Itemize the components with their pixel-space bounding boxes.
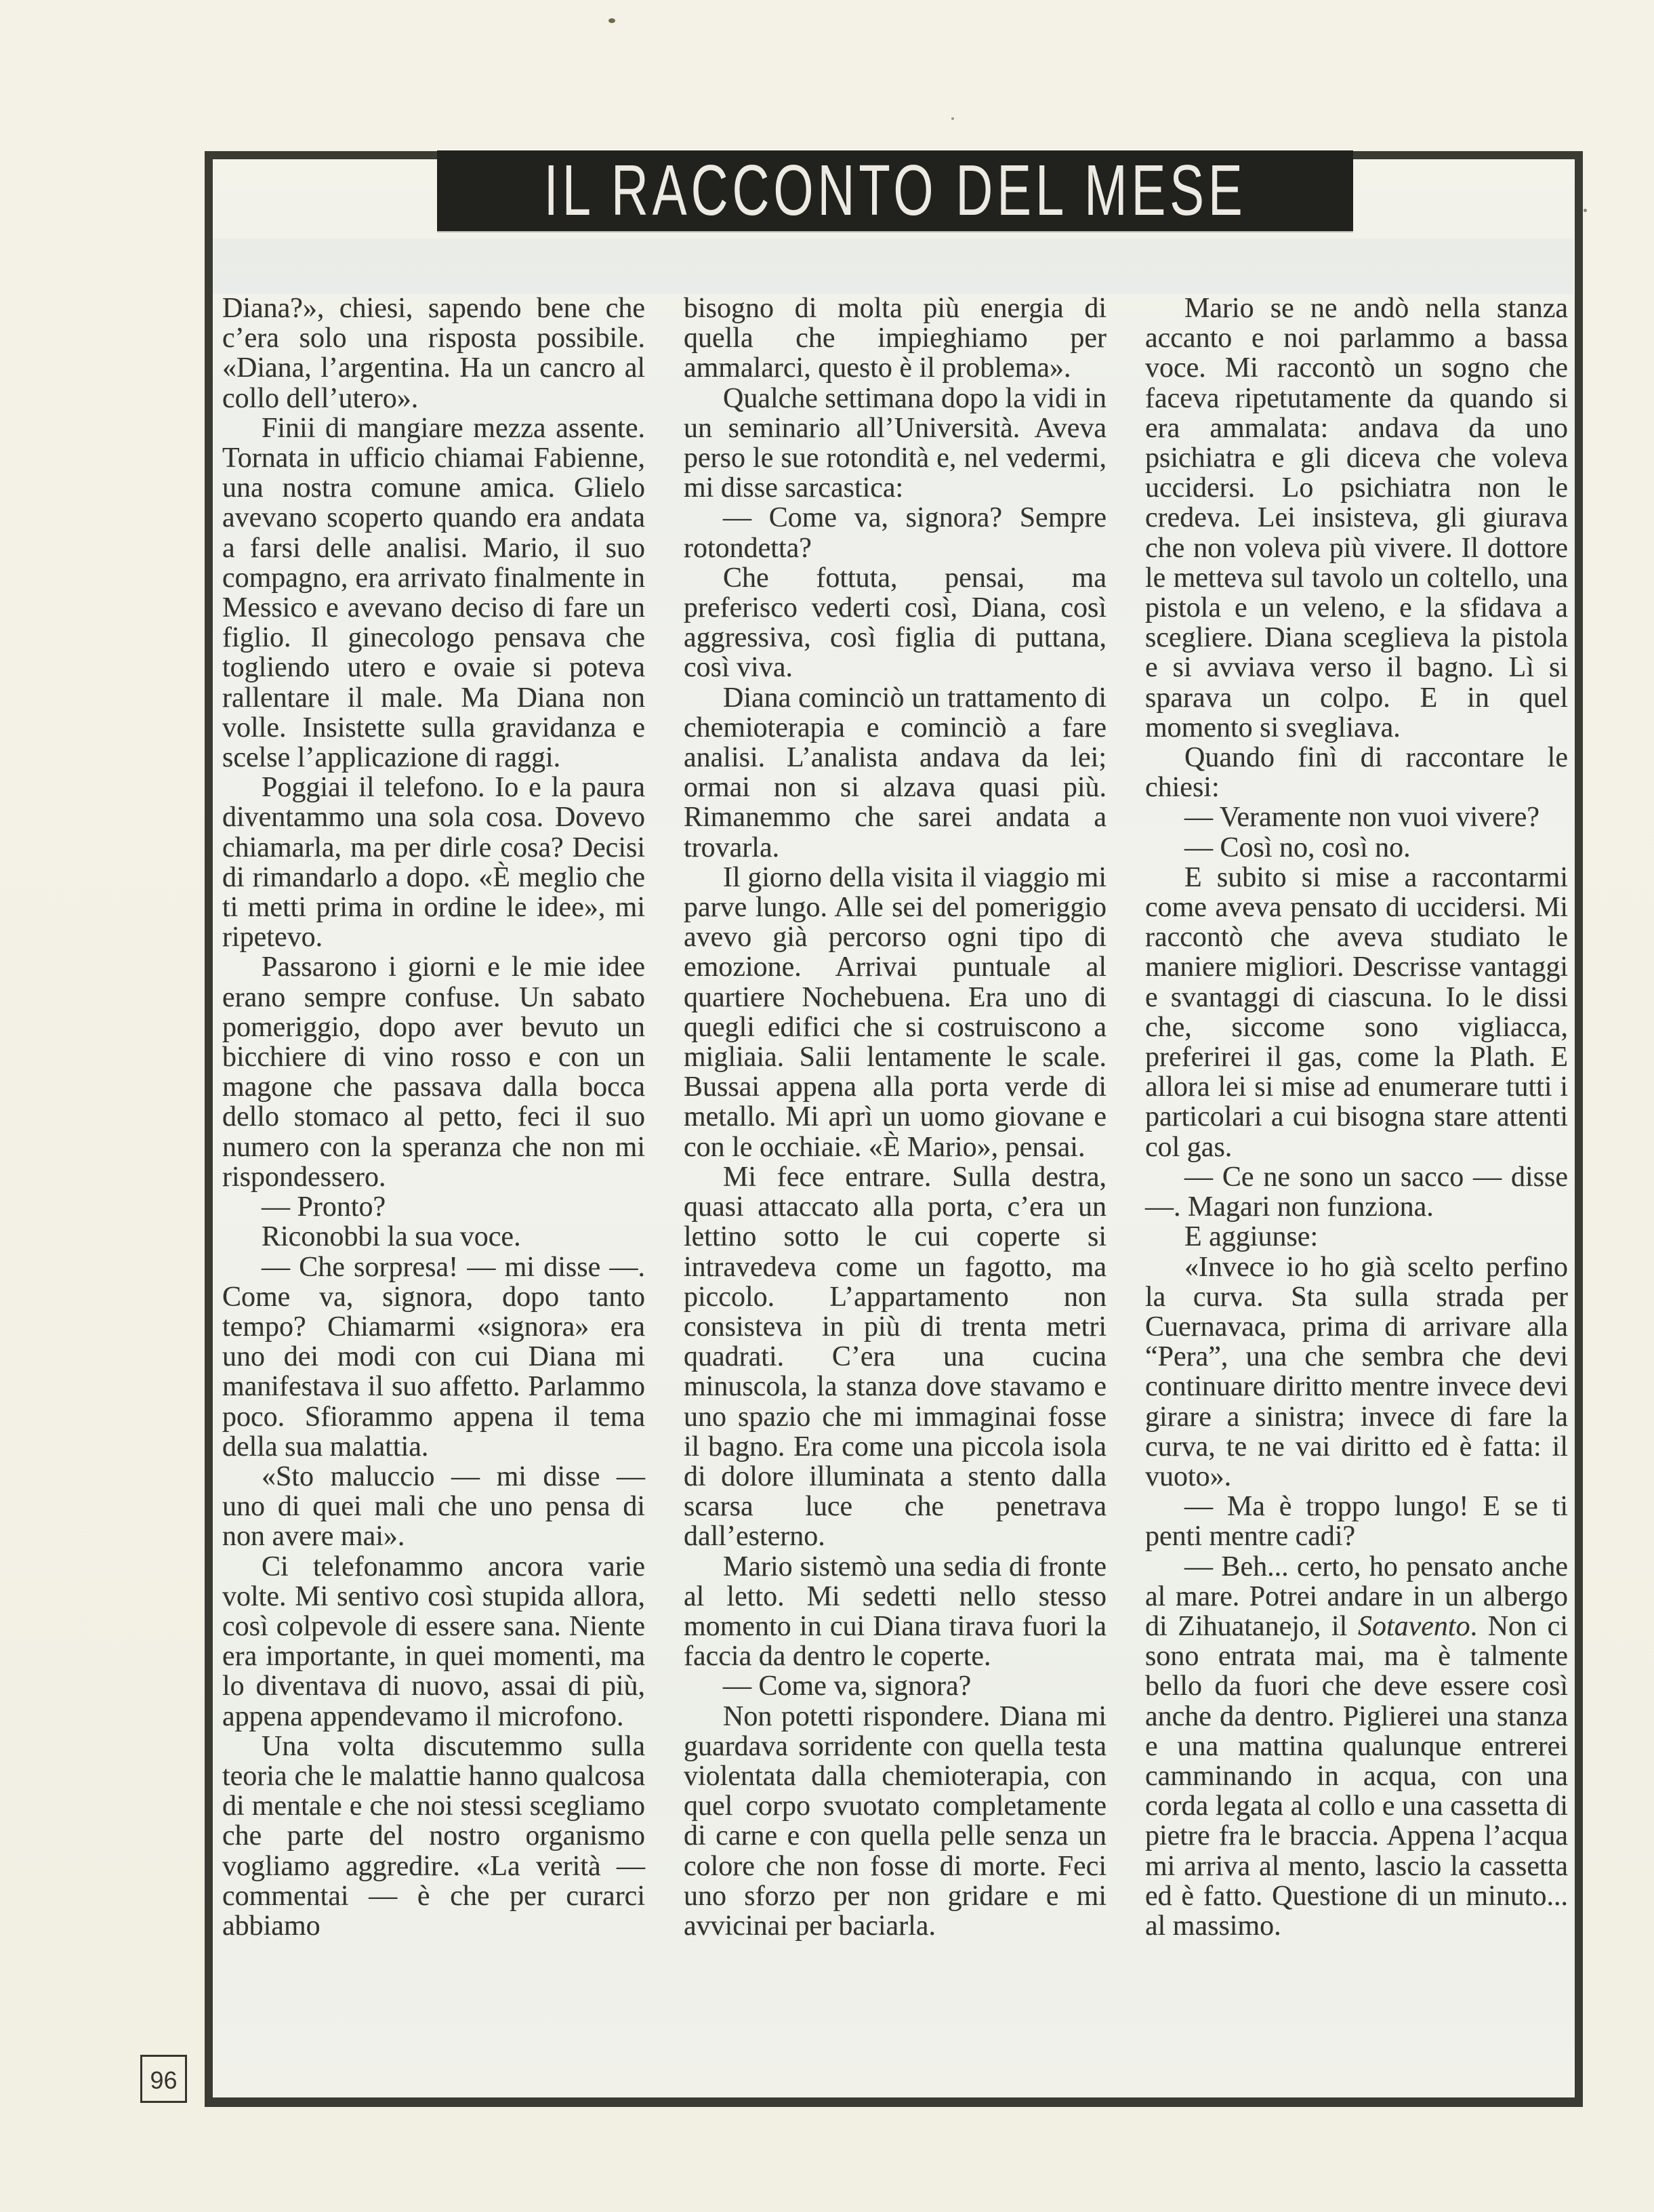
section-title: IL RACCONTO DEL MESE — [544, 150, 1247, 232]
text-column-3: Mario se ne andò nella stanza accanto e … — [1145, 293, 1568, 2091]
article-body: Diana?», chiesi, sapendo bene che c’era … — [222, 293, 1568, 2091]
paragraph: Mi fece entrare. Sulla destra, quasi att… — [684, 1162, 1107, 1552]
paragraph: Il giorno della visita il viaggio mi par… — [684, 863, 1107, 1162]
paragraph: Riconobbi la sua voce. — [222, 1222, 645, 1252]
scan-speck — [608, 18, 615, 23]
scan-speck — [1584, 209, 1587, 212]
paragraph: — Beh... certo, ho pensato anche al mare… — [1145, 1552, 1568, 1942]
paragraph: «Invece io ho già scelto perfino la curv… — [1145, 1252, 1568, 1492]
text-column-1: Diana?», chiesi, sapendo bene che c’era … — [222, 293, 645, 2091]
paragraph: Mario sistemò una sedia di fronte al let… — [684, 1552, 1107, 1672]
paragraph: Passarono i giorni e le mie idee erano s… — [222, 952, 645, 1192]
paragraph: Non potetti rispondere. Diana mi guardav… — [684, 1702, 1107, 1942]
paragraph: Diana?», chiesi, sapendo bene che c’era … — [222, 293, 645, 413]
paragraph: Quando finì di raccontare le chiesi: — [1145, 743, 1568, 802]
page-number-box: 96 — [140, 2055, 187, 2103]
paragraph: Poggiai il telefono. Io e la paura diven… — [222, 773, 645, 952]
dialogue-line: — Come va, signora? Sempre rotondetta? — [684, 503, 1107, 562]
paragraph: Qualche settimana dopo la vidi in un sem… — [684, 384, 1107, 504]
paragraph: Ci telefonammo ancora varie volte. Mi se… — [222, 1552, 645, 1732]
dialogue-line: — Ce ne sono un sacco — disse —. Magari … — [1145, 1162, 1568, 1222]
section-banner: IL RACCONTO DEL MESE — [437, 150, 1353, 231]
dialogue-line: — Così no, così no. — [1145, 833, 1568, 863]
paragraph: Diana cominciò un trattamento di chemiot… — [684, 683, 1107, 863]
paragraph: «Sto maluccio — mi disse — uno di quei m… — [222, 1462, 645, 1552]
paragraph: Mario se ne andò nella stanza accanto e … — [1145, 293, 1568, 743]
scan-speck — [951, 117, 954, 120]
page-number: 96 — [150, 2066, 177, 2093]
paragraph: Che fottuta, pensai, ma preferisco veder… — [684, 563, 1107, 683]
dialogue-line: — Veramente non vuoi vivere? — [1145, 802, 1568, 832]
paragraph: Finii di mangiare mezza assente. Tornata… — [222, 413, 645, 773]
paragraph: E subito si mise a raccontarmi come avev… — [1145, 863, 1568, 1162]
dialogue-line: — Pronto? — [222, 1192, 645, 1222]
paragraph: bisogno di molta più energia di quella c… — [684, 293, 1107, 384]
text-column-2: bisogno di molta più energia di quella c… — [684, 293, 1107, 2091]
dialogue-line: — Come va, signora? — [684, 1671, 1107, 1701]
paragraph: Una volta discutemmo sulla teoria che le… — [222, 1732, 645, 1941]
dialogue-line: — Ma è troppo lungo! E se ti penti mentr… — [1145, 1492, 1568, 1551]
hotel-name-italic: Sotavento — [1358, 1611, 1470, 1642]
paragraph-text: . Non ci sono entrata mai, ma è talmente… — [1145, 1611, 1568, 1942]
paragraph: E aggiunse: — [1145, 1222, 1568, 1252]
dialogue-line: — Che sorpresa! — mi disse —. Come va, s… — [222, 1252, 645, 1462]
